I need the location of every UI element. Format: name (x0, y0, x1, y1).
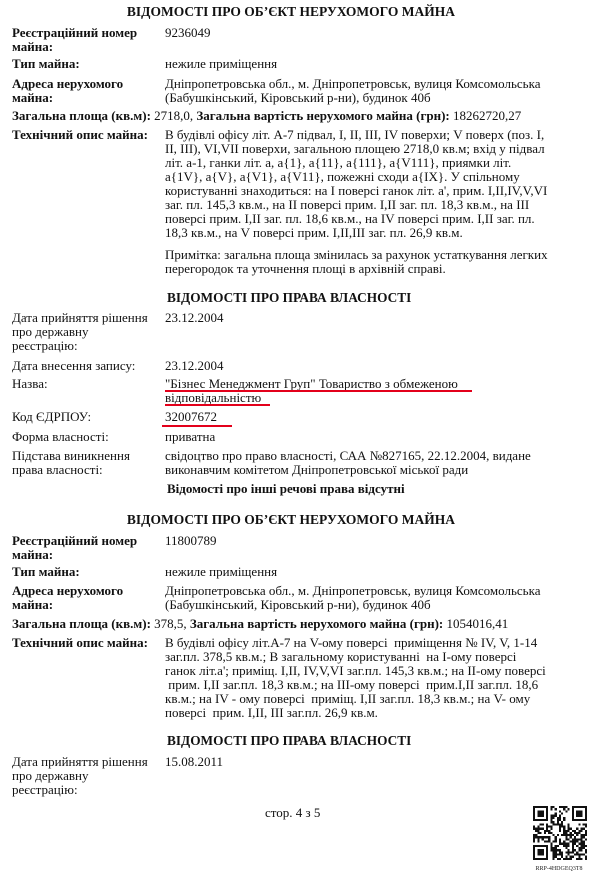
tech-line: 18,3 кв.м., на V поверсі прим. I,II,III … (165, 226, 565, 240)
area-value: 378,5, (151, 616, 190, 631)
label-line: реєстрацію: (12, 339, 162, 353)
tech-line: В будівлі офісу літ.А-7 на V-ому поверсі… (165, 636, 565, 650)
tech-line: поверсі прим. I,II, III заг.пл. 26,9 кв.… (165, 706, 565, 720)
edrpou-label: Код ЄДРПОУ: (12, 410, 162, 424)
area-cost-row: Загальна площа (кв.м): 378,5, Загальна в… (12, 617, 508, 631)
cost-value: 18262720,27 (450, 108, 522, 123)
decision-date-label: Дата прийняття рішення про державну реєс… (12, 311, 162, 353)
rights-section-title: ВІДОМОСТІ ПРО ПРАВА ВЛАСНОСТІ (167, 734, 411, 748)
ownership-basis-label: Підстава виникнення права власності: (12, 449, 162, 477)
tech-description-label: Технічний опис майна: (12, 128, 162, 142)
decision-date-value: 23.12.2004 (165, 311, 565, 325)
tech-line: прим. I,II заг.пл. 18,3 кв.м.; на III-ом… (165, 678, 565, 692)
reg-number-value: 11800789 (165, 534, 565, 548)
object-section-title: ВІДОМОСТІ ПРО ОБ’ЄКТ НЕРУХОМОГО МАЙНА (0, 513, 582, 527)
label-line: про державну (12, 769, 162, 783)
ownership-form-value: приватна (165, 430, 565, 444)
note-text: Примітка: загальна площа змінилась за ра… (165, 248, 565, 276)
address-line: Дніпропетровська обл., м. Дніпропетровсь… (165, 77, 565, 91)
basis-line: виконавчим комітетом Дніпропетровської м… (165, 463, 565, 477)
label-line: Підстава виникнення (12, 449, 162, 463)
tech-line: поверсі прим. I,II заг. пл. 18,6 кв.м., … (165, 212, 565, 226)
address-label: Адреса нерухомого майна: (12, 584, 162, 612)
address-label: Адреса нерухомого майна: (12, 77, 162, 105)
page-number: стор. 4 з 5 (265, 806, 320, 820)
red-highlight-underline (165, 404, 270, 406)
ownership-form-label: Форма власності: (12, 430, 162, 444)
tech-line: ганок літ.а'; приміщ. I,II, IV,V,VI заг.… (165, 664, 565, 678)
ownership-basis-value: свідоцтво про право власності, САА №8271… (165, 449, 565, 477)
property-type-label: Тип майна: (12, 57, 162, 71)
owner-name-line: "Бізнес Менеджмент Груп" Товариство з об… (165, 377, 565, 391)
entry-date-label: Дата внесення запису: (12, 359, 162, 373)
tech-line: користуванні знаходиться: на I поверсі г… (165, 184, 565, 198)
rights-section-title: ВІДОМОСТІ ПРО ПРАВА ВЛАСНОСТІ (167, 291, 411, 305)
tech-line: літ. а-1, ганки літ. а, а{1}, а{11}, а{1… (165, 156, 565, 170)
cost-value: 1054016,41 (443, 616, 508, 631)
address-line: (Бабушкінський, Кіровський р-ни), будино… (165, 91, 565, 105)
label-line: Реєстраційний номер (12, 534, 162, 548)
other-rights-note: Відомості про інші речові права відсутні (167, 482, 405, 496)
label-line: Дата прийняття рішення (12, 755, 162, 769)
area-label: Загальна площа (кв.м): (12, 108, 151, 123)
property-type-label: Тип майна: (12, 565, 162, 579)
owner-name-label: Назва: (12, 377, 162, 391)
red-highlight-underline (162, 425, 232, 427)
edrpou-value: 32007672 (165, 410, 565, 424)
label-line: Адреса нерухомого (12, 584, 162, 598)
area-label: Загальна площа (кв.м): (12, 616, 151, 631)
area-cost-row: Загальна площа (кв.м): 2718,0, Загальна … (12, 109, 521, 123)
label-line: майна: (12, 598, 162, 612)
address-value: Дніпропетровська обл., м. Дніпропетровсь… (165, 77, 565, 105)
tech-line: В будівлі офісу літ. А-7 підвал, I, II, … (165, 128, 565, 142)
address-line: Дніпропетровська обл., м. Дніпропетровсь… (165, 584, 565, 598)
note-line: перегородок та уточнення площі в архівні… (165, 262, 565, 276)
owner-name-line: відповідальністю (165, 391, 565, 405)
decision-date-label: Дата прийняття рішення про державну реєс… (12, 755, 162, 797)
red-highlight-underline (165, 390, 472, 392)
tech-line: кв.м.; на IV - ому поверсі приміщ. I,II … (165, 692, 565, 706)
area-value: 2718,0, (151, 108, 197, 123)
tech-line: заг. пл. 145,3 кв.м., на II поверсі прим… (165, 198, 565, 212)
tech-line: II, III), VI,VII поверхи, загальною площ… (165, 142, 565, 156)
label-line: права власності: (12, 463, 162, 477)
qr-code-icon (533, 806, 587, 860)
address-value: Дніпропетровська обл., м. Дніпропетровсь… (165, 584, 565, 612)
tech-description-label: Технічний опис майна: (12, 636, 162, 650)
property-type-value: нежиле приміщення (165, 57, 565, 71)
property-type-value: нежиле приміщення (165, 565, 565, 579)
label-line: реєстрацію: (12, 783, 162, 797)
entry-date-value: 23.12.2004 (165, 359, 565, 373)
tech-description-value: В будівлі офісу літ.А-7 на V-ому поверсі… (165, 636, 565, 720)
label-line: майна: (12, 40, 162, 54)
cost-label: Загальна вартість нерухомого майна (грн)… (196, 108, 449, 123)
tech-line: а{1V}, а{V}, а{V1}, а{V11}, пожежні сход… (165, 170, 565, 184)
tech-line: заг.пл. 378,5 кв.м.; В загальному корист… (165, 650, 565, 664)
tech-description-value: В будівлі офісу літ. А-7 підвал, I, II, … (165, 128, 565, 240)
label-line: майна: (12, 548, 162, 562)
reg-number-label: Реєстраційний номер майна: (12, 534, 162, 562)
qr-code-label: RRP-4HDGEQ3T8 (526, 866, 592, 873)
reg-number-label: Реєстраційний номер майна: (12, 26, 162, 54)
label-line: Реєстраційний номер (12, 26, 162, 40)
label-line: майна: (12, 91, 162, 105)
cost-label: Загальна вартість нерухомого майна (грн)… (190, 616, 443, 631)
note-line: Примітка: загальна площа змінилась за ра… (165, 248, 565, 262)
label-line: про державну (12, 325, 162, 339)
decision-date-value: 15.08.2011 (165, 755, 565, 769)
label-line: Адреса нерухомого (12, 77, 162, 91)
registry-extract-page: ВІДОМОСТІ ПРО ОБ’ЄКТ НЕРУХОМОГО МАЙНА Ре… (0, 0, 595, 877)
basis-line: свідоцтво про право власності, САА №8271… (165, 449, 565, 463)
label-line: Дата прийняття рішення (12, 311, 162, 325)
address-line: (Бабушкінський, Кіровський р-ни), будино… (165, 598, 565, 612)
object-section-title: ВІДОМОСТІ ПРО ОБ’ЄКТ НЕРУХОМОГО МАЙНА (0, 5, 582, 19)
reg-number-value: 9236049 (165, 26, 565, 40)
